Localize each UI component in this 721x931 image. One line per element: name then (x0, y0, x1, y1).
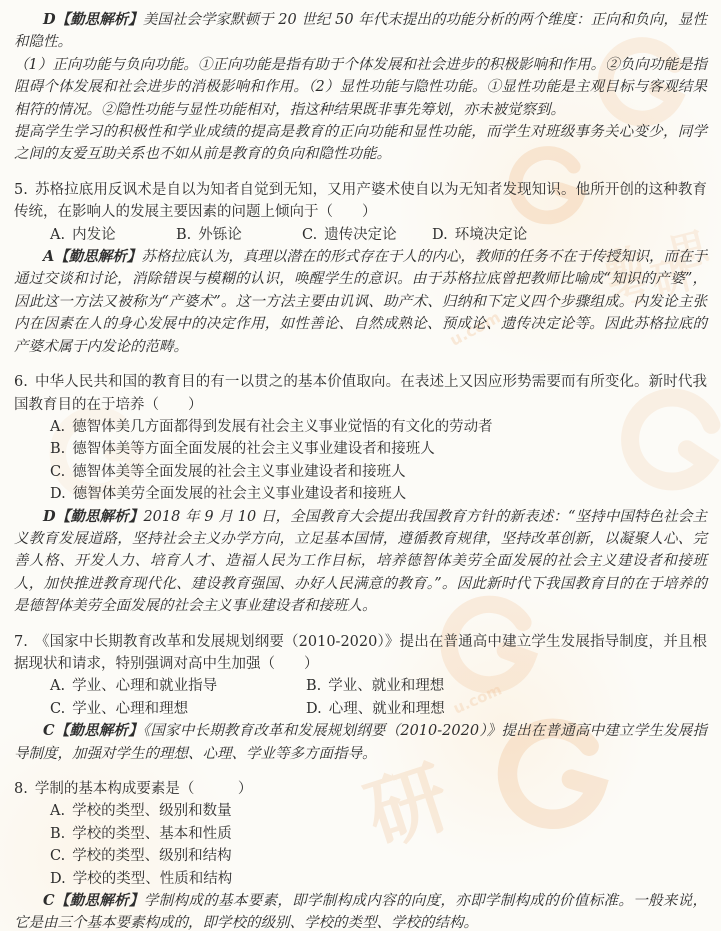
option-text: 德智体美等方面全面发展的社会主义事业建设者和接班人 (72, 441, 435, 457)
option-text: 学校的类型、性质和结构 (73, 871, 233, 887)
option-label: C. (50, 848, 65, 864)
option-label: C. (50, 701, 65, 717)
option-text: 学业、就业和理想 (328, 678, 444, 694)
option-a: A.德智体美几方面都得到发展有社会主义事业觉悟的有文化的劳动者 (50, 416, 707, 438)
answer-letter: D (43, 508, 56, 525)
option-text: 德智体美劳全面发展的社会主义事业建设者和接班人 (73, 486, 407, 502)
option-c: C.学业、心理和理想 (50, 698, 306, 720)
option-text: 德智体美几方面都得到发展有社会主义事业觉悟的有文化的劳动者 (72, 419, 493, 435)
answer-letter: A (43, 248, 54, 265)
question-text: 中华人民共和国的教育目的有一以贯之的基本价值取向。在表述上又因应形势需要而有所变… (14, 374, 707, 412)
option-label: B. (50, 826, 65, 842)
document-page: 勤思考研 u.com u.com 研 D【勤思解析】美国社会学家默顿于 20 世… (0, 0, 721, 931)
option-a: A.学校的类型、级别和数量 (50, 800, 707, 822)
options-row: A.内发论 B.外铄论 C.遗传决定论 D.环境决定论 (14, 224, 707, 246)
option-text: 学业、心理和就业指导 (72, 678, 217, 694)
question-number: 7. (14, 634, 28, 650)
analysis-tag: 【勤思解析】 (55, 892, 144, 909)
analysis-tag: 【勤思解析】 (56, 11, 143, 28)
question-number: 5. (14, 182, 28, 198)
option-d: D.学校的类型、性质和结构 (50, 868, 707, 890)
option-d: D.德智体美劳全面发展的社会主义事业建设者和接班人 (50, 483, 707, 505)
analysis-conclusion-paragraph: 提高学生学习的积极性和学业成绩的提高是教育的正向功能和显性功能，而学生对班级事务… (14, 121, 707, 166)
options-list: A.德智体美几方面都得到发展有社会主义事业觉悟的有文化的劳动者 B.德智体美等方… (14, 416, 707, 506)
question-stem: 8.学制的基本构成要素是（ ） (14, 778, 707, 800)
option-b: B.学校的类型、基本和性质 (50, 823, 707, 845)
option-c: C.学校的类型、级别和结构 (50, 845, 707, 867)
question-number: 6. (14, 374, 28, 390)
option-text: 外铄论 (198, 227, 242, 243)
option-label: B. (176, 227, 191, 243)
option-c: C.德智体美等全面发展的社会主义事业建设者和接班人 (50, 461, 707, 483)
answer-letter: C (43, 722, 55, 739)
question-stem: 5.苏格拉底用反讽术是自以为知者自觉到无知，又用产婆术使自以为无知者发现知识。他… (14, 179, 707, 224)
option-d: D.心理、就业和理想 (306, 698, 707, 720)
analysis-tag: 【勤思解析】 (55, 722, 143, 739)
option-label: A. (50, 678, 65, 694)
option-label: A. (50, 419, 65, 435)
option-text: 心理、就业和理想 (329, 701, 445, 717)
option-b: B.学业、就业和理想 (306, 675, 707, 697)
question-number: 8. (14, 781, 28, 797)
option-b: B.外铄论 (176, 224, 302, 246)
analysis-paragraph: C【勤思解析】《国家中长期教育改革和发展规划纲要（2010-2020）》提出在普… (14, 720, 707, 765)
option-text: 内发论 (72, 227, 116, 243)
question-block-6: 6.中华人民共和国的教育目的有一以贯之的基本价值取向。在表述上又因应形势需要而有… (14, 371, 707, 617)
question-block-5: 5.苏格拉底用反讽术是自以为知者自觉到无知，又用产婆术使自以为无知者发现知识。他… (14, 179, 707, 358)
question-block-8: 8.学制的基本构成要素是（ ） A.学校的类型、级别和数量 B.学校的类型、基本… (14, 778, 707, 931)
options-list: A.学校的类型、级别和数量 B.学校的类型、基本和性质 C.学校的类型、级别和结… (14, 800, 707, 890)
question-text: 苏格拉底用反讽术是自以为知者自觉到无知，又用产婆术使自以为无知者发现知识。他所开… (14, 182, 707, 220)
analysis-paragraph: C【勤思解析】学制构成的基本要素，即学制构成内容的向度，亦即学制构成的价值标准。… (14, 890, 707, 931)
option-d: D.环境决定论 (432, 224, 527, 246)
option-label: C. (302, 227, 317, 243)
option-label: C. (50, 464, 65, 480)
option-text: 学校的类型、基本和性质 (72, 826, 232, 842)
option-text: 学业、心理和理想 (72, 701, 188, 717)
option-text: 环境决定论 (455, 227, 528, 243)
analysis-functions-paragraph: （1）正向功能与负向功能。①正向功能是指有助于个体发展和社会进步的积极影响和作用… (14, 54, 707, 121)
option-label: B. (306, 678, 321, 694)
option-label: B. (50, 441, 65, 457)
option-label: D. (50, 871, 66, 887)
option-label: D. (306, 701, 322, 717)
option-label: A. (50, 227, 65, 243)
analysis-block-4: D【勤思解析】美国社会学家默顿于 20 世纪 50 年代末提出的功能分析的两个维… (14, 9, 707, 166)
options-grid: A.学业、心理和就业指导 B.学业、就业和理想 C.学业、心理和理想 D.心理、… (14, 675, 707, 720)
option-text: 学校的类型、级别和结构 (72, 848, 232, 864)
option-text: 遗传决定论 (324, 227, 397, 243)
option-label: D. (50, 486, 66, 502)
answer-letter: C (43, 892, 55, 909)
option-text: 学校的类型、级别和数量 (72, 803, 232, 819)
analysis-tag: 【勤思解析】 (56, 508, 144, 525)
option-text: 德智体美等全面发展的社会主义事业建设者和接班人 (72, 464, 406, 480)
question-stem: 7.《国家中长期教育改革和发展规划纲要（2010-2020）》提出在普通高中建立… (14, 631, 707, 676)
analysis-paragraph: A【勤思解析】苏格拉底认为，真理以潜在的形式存在于人的内心，教师的任务不在于传授… (14, 246, 707, 358)
answer-letter: D (43, 11, 56, 28)
option-c: C.遗传决定论 (302, 224, 432, 246)
analysis-paragraph: D【勤思解析】2018 年 9 月 10 日，全国教育大会提出我国教育方针的新表… (14, 506, 707, 618)
option-label: D. (432, 227, 448, 243)
option-a: A.内发论 (50, 224, 176, 246)
option-label: A. (50, 803, 65, 819)
option-a: A.学业、心理和就业指导 (50, 675, 306, 697)
question-text: 《国家中长期教育改革和发展规划纲要（2010-2020）》提出在普通高中建立学生… (14, 634, 707, 672)
question-block-7: 7.《国家中长期教育改革和发展规划纲要（2010-2020）》提出在普通高中建立… (14, 631, 707, 765)
option-b: B.德智体美等方面全面发展的社会主义事业建设者和接班人 (50, 438, 707, 460)
question-text: 学制的基本构成要素是（ ） (35, 781, 253, 797)
analysis-lead-paragraph: D【勤思解析】美国社会学家默顿于 20 世纪 50 年代末提出的功能分析的两个维… (14, 9, 707, 54)
question-stem: 6.中华人民共和国的教育目的有一以贯之的基本价值取向。在表述上又因应形势需要而有… (14, 371, 707, 416)
analysis-tag: 【勤思解析】 (54, 248, 141, 265)
